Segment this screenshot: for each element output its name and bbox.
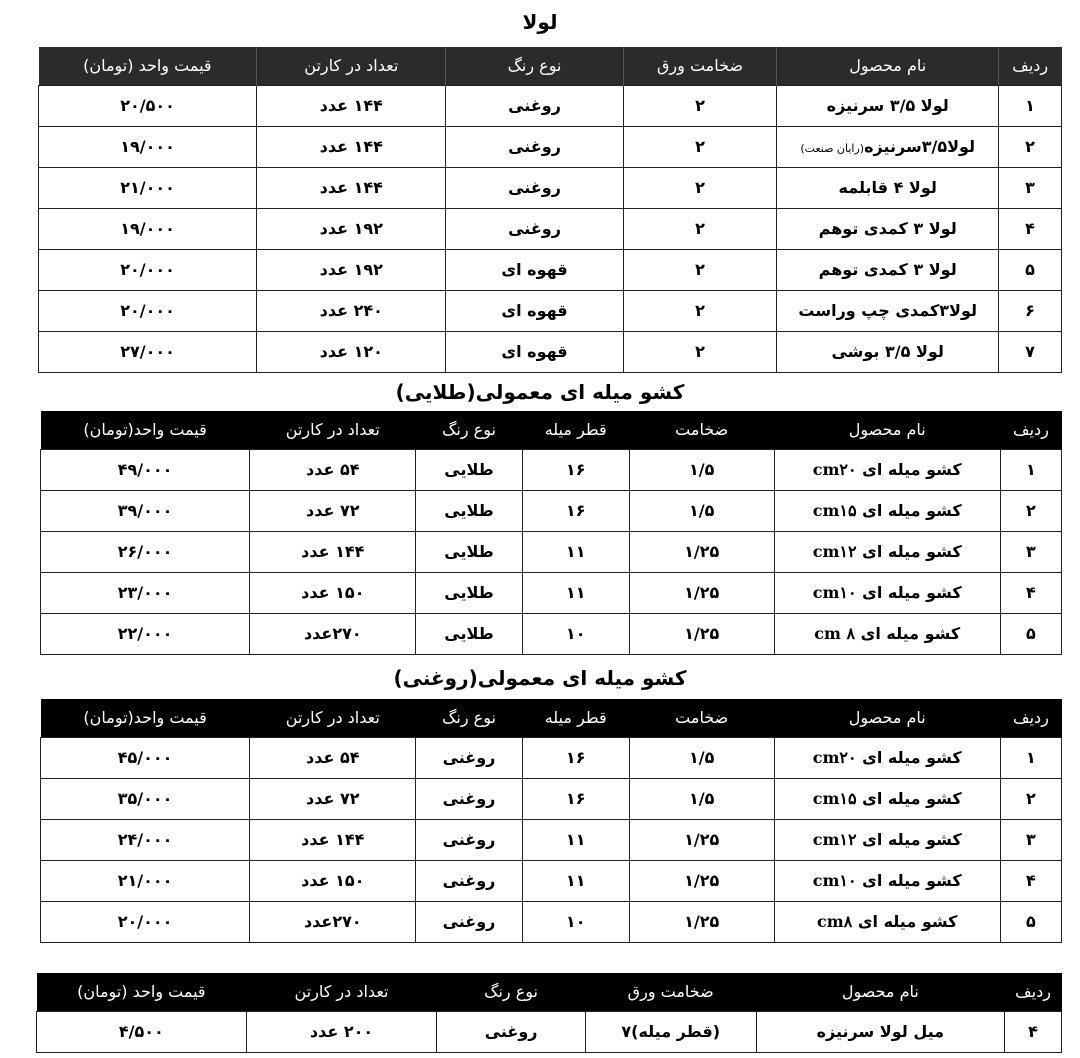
cell-product-name: کشو میله ای cm۱۰: [774, 860, 1000, 901]
cell-paint-type: روغنی: [446, 167, 623, 208]
col-header-thickness: ضخامت: [629, 699, 774, 737]
cell-product-name: کشو میله ای cm۱۰: [774, 572, 1000, 613]
cell-unit-price: ۲۱/۰۰۰: [41, 860, 250, 901]
col-header-product-name: نام محصول: [777, 47, 998, 85]
product-name-text: کشو میله ای: [857, 789, 962, 808]
product-name-text: کشو میله ای: [857, 542, 962, 561]
table-row: ۵ لولا ۳ کمدی توهم ۲ قهوه ای ۱۹۲ عدد ۲۰/…: [39, 249, 1062, 290]
cell-unit-price: ۲۰/۰۰۰: [39, 290, 257, 331]
cell-carton-count: ۱۴۴ عدد: [257, 85, 446, 126]
cell-thickness: ۲: [623, 249, 777, 290]
col-header-paint-type: نوع رنگ: [416, 699, 522, 737]
table-header-row: ردیف نام محصول ضخامت قطر میله نوع رنگ تع…: [41, 699, 1062, 737]
section-title-drawer-rails-oil: کشو میله ای معمولی(روغنی): [0, 664, 1080, 692]
cell-row-number: ۲: [1000, 490, 1061, 531]
cell-unit-price: ۴۹/۰۰۰: [41, 449, 250, 490]
cell-rod-diameter: ۱۱: [522, 531, 629, 572]
cell-unit-price: ۱۹/۰۰۰: [39, 126, 257, 167]
cell-thickness: ۲: [623, 85, 777, 126]
table-row: ۲ کشو میله ای cm۱۵ ۱/۵ ۱۶ طلایی ۷۲ عدد ۳…: [41, 490, 1062, 531]
cell-row-number: ۳: [1000, 531, 1061, 572]
cell-row-number: ۱: [1000, 737, 1061, 778]
table-row: ۴ کشو میله ای cm۱۰ ۱/۲۵ ۱۱ طلایی ۱۵۰ عدد…: [41, 572, 1062, 613]
col-header-unit-price: قیمت واحد (تومان): [37, 973, 247, 1011]
cell-paint-type: روغنی: [437, 1011, 586, 1052]
cell-carton-count: ۱۹۲ عدد: [257, 208, 446, 249]
cell-row-number: ۱: [1000, 449, 1061, 490]
cell-unit-price: ۲۰/۰۰۰: [39, 249, 257, 290]
cell-paint-type: قهوه ای: [446, 249, 623, 290]
col-header-unit-price: قیمت واحد(تومان): [41, 699, 250, 737]
col-header-carton-count: تعداد در کارتن: [250, 699, 416, 737]
cell-thickness: ۱/۵: [629, 449, 774, 490]
cell-rod-diameter: ۱۰: [522, 901, 629, 942]
cell-unit-price: ۴۵/۰۰۰: [41, 737, 250, 778]
col-header-row-number: ردیف: [1005, 973, 1062, 1011]
cell-thickness: ۲: [623, 167, 777, 208]
cell-paint-type: طلایی: [416, 531, 522, 572]
col-header-row-number: ردیف: [998, 47, 1061, 85]
col-header-paint-type: نوع رنگ: [416, 411, 522, 449]
cell-rod-diameter: ۱۱: [522, 860, 629, 901]
table-row: ۴ میل لولا سرنیزه (قطر میله)۷ روغنی ۲۰۰ …: [37, 1011, 1062, 1052]
col-header-rod-diameter: قطر میله: [522, 699, 629, 737]
product-size: cm ۸: [814, 624, 855, 643]
product-name-text: کشو میله ای: [852, 912, 957, 931]
cell-paint-type: طلایی: [416, 449, 522, 490]
hinge-pin-table: ردیف نام محصول ضخامت ورق نوع رنگ تعداد د…: [36, 973, 1062, 1053]
cell-unit-price: ۳۹/۰۰۰: [41, 490, 250, 531]
cell-paint-type: روغنی: [446, 85, 623, 126]
col-header-rod-diameter: قطر میله: [522, 411, 629, 449]
cell-carton-count: ۱۹۲ عدد: [257, 249, 446, 290]
cell-paint-type: قهوه ای: [446, 290, 623, 331]
cell-row-number: ۵: [1000, 901, 1061, 942]
table-row: ۲ کشو میله ای cm۱۵ ۱/۵ ۱۶ روغنی ۷۲ عدد ۳…: [41, 778, 1062, 819]
col-header-carton-count: تعداد در کارتن: [250, 411, 416, 449]
cell-thickness: (قطر میله)۷: [585, 1011, 756, 1052]
cell-product-name: کشو میله ای cm۱۲: [774, 819, 1000, 860]
cell-product-name: لولا ۴ قابلمه: [777, 167, 998, 208]
cell-paint-type: روغنی: [416, 819, 522, 860]
col-header-carton-count: تعداد در کارتن: [257, 47, 446, 85]
cell-carton-count: ۲۷۰عدد: [250, 613, 416, 654]
product-name-text: کشو میله ای: [855, 624, 960, 643]
cell-carton-count: ۱۵۰ عدد: [250, 572, 416, 613]
cell-thickness: ۲: [623, 208, 777, 249]
cell-unit-price: ۲۰/۰۰۰: [41, 901, 250, 942]
cell-carton-count: ۲۷۰عدد: [250, 901, 416, 942]
col-header-product-name: نام محصول: [774, 411, 1000, 449]
cell-thickness: ۲: [623, 290, 777, 331]
product-name-text: کشو میله ای: [857, 460, 962, 479]
col-header-carton-count: تعداد در کارتن: [246, 973, 437, 1011]
cell-rod-diameter: ۱۶: [522, 737, 629, 778]
cell-carton-count: ۵۴ عدد: [250, 449, 416, 490]
cell-row-number: ۷: [998, 331, 1061, 372]
cell-unit-price: ۲۶/۰۰۰: [41, 531, 250, 572]
cell-carton-count: ۷۲ عدد: [250, 778, 416, 819]
cell-thickness: ۱/۲۵: [629, 572, 774, 613]
cell-thickness: ۱/۲۵: [629, 901, 774, 942]
table-row: ۵ کشو میله ای cm۸ ۱/۲۵ ۱۰ روغنی ۲۷۰عدد ۲…: [41, 901, 1062, 942]
table-header-row: ردیف نام محصول ضخامت ورق نوع رنگ تعداد د…: [37, 973, 1062, 1011]
cell-carton-count: ۱۴۴ عدد: [250, 531, 416, 572]
cell-row-number: ۴: [998, 208, 1061, 249]
product-size: cm۱۰: [813, 583, 857, 602]
col-header-row-number: ردیف: [1000, 411, 1061, 449]
drawer-rails-oil-table: ردیف نام محصول ضخامت قطر میله نوع رنگ تع…: [40, 699, 1062, 943]
cell-product-name: کشو میله ای cm۱۵: [774, 778, 1000, 819]
cell-carton-count: ۱۵۰ عدد: [250, 860, 416, 901]
cell-carton-count: ۱۴۴ عدد: [250, 819, 416, 860]
cell-rod-diameter: ۱۶: [522, 490, 629, 531]
cell-row-number: ۲: [998, 126, 1061, 167]
product-name-text: کشو میله ای: [857, 871, 962, 890]
cell-product-name: لولا ۳ کمدی توهم: [777, 208, 998, 249]
product-size: cm۱۰: [813, 871, 857, 890]
product-name-text: لولا۳/۵سرنیزه: [864, 137, 975, 156]
cell-unit-price: ۱۹/۰۰۰: [39, 208, 257, 249]
cell-row-number: ۴: [1000, 572, 1061, 613]
cell-row-number: ۵: [998, 249, 1061, 290]
col-header-unit-price: قیمت واحد (تومان): [39, 47, 257, 85]
product-name-text: کشو میله ای: [857, 583, 962, 602]
cell-product-name: لولا۳کمدی چپ وراست: [777, 290, 998, 331]
cell-thickness: ۱/۵: [629, 737, 774, 778]
cell-paint-type: روغنی: [446, 208, 623, 249]
cell-paint-type: طلایی: [416, 572, 522, 613]
cell-unit-price: ۴/۵۰۰: [37, 1011, 247, 1052]
col-header-product-name: نام محصول: [756, 973, 1005, 1011]
table-row: ۶ لولا۳کمدی چپ وراست ۲ قهوه ای ۲۴۰ عدد ۲…: [39, 290, 1062, 331]
product-size: cm۱۵: [813, 789, 857, 808]
cell-product-name: لولا ۳/۵ سرنیزه: [777, 85, 998, 126]
cell-paint-type: روغنی: [416, 901, 522, 942]
cell-unit-price: ۲۴/۰۰۰: [41, 819, 250, 860]
cell-row-number: ۳: [998, 167, 1061, 208]
cell-product-name: کشو میله ای cm۸: [774, 901, 1000, 942]
table-row: ۱ کشو میله ای cm۲۰ ۱/۵ ۱۶ طلایی ۵۴ عدد ۴…: [41, 449, 1062, 490]
cell-product-name: کشو میله ای cm۱۵: [774, 490, 1000, 531]
table-row: ۳ کشو میله ای cm۱۲ ۱/۲۵ ۱۱ طلایی ۱۴۴ عدد…: [41, 531, 1062, 572]
cell-carton-count: ۲۴۰ عدد: [257, 290, 446, 331]
table-header-row: ردیف نام محصول ضخامت ورق نوع رنگ تعداد د…: [39, 47, 1062, 85]
product-size: cm۱۲: [813, 830, 857, 849]
cell-product-name: کشو میله ای cm۲۰: [774, 737, 1000, 778]
product-size: cm۸: [817, 912, 852, 931]
cell-rod-diameter: ۱۱: [522, 819, 629, 860]
product-size: cm۱۲: [813, 542, 857, 561]
table-row: ۵ کشو میله ای cm ۸ ۱/۲۵ ۱۰ طلایی ۲۷۰عدد …: [41, 613, 1062, 654]
cell-product-name: میل لولا سرنیزه: [756, 1011, 1005, 1052]
cell-product-name: کشو میله ای cm ۸: [774, 613, 1000, 654]
col-header-thickness: ضخامت: [629, 411, 774, 449]
cell-thickness: ۲: [623, 126, 777, 167]
manufacturer-note: (رایان صنعت): [800, 142, 864, 155]
cell-thickness: ۱/۲۵: [629, 860, 774, 901]
col-header-unit-price: قیمت واحد(تومان): [41, 411, 250, 449]
cell-paint-type: قهوه ای: [446, 331, 623, 372]
table-header-row: ردیف نام محصول ضخامت قطر میله نوع رنگ تع…: [41, 411, 1062, 449]
col-header-paint-type: نوع رنگ: [446, 47, 623, 85]
table-row: ۱ لولا ۳/۵ سرنیزه ۲ روغنی ۱۴۴ عدد ۲۰/۵۰۰: [39, 85, 1062, 126]
cell-row-number: ۴: [1000, 860, 1061, 901]
product-size: cm۱۵: [813, 501, 857, 520]
table-row: ۴ کشو میله ای cm۱۰ ۱/۲۵ ۱۱ روغنی ۱۵۰ عدد…: [41, 860, 1062, 901]
cell-thickness: ۱/۵: [629, 778, 774, 819]
cell-unit-price: ۲۰/۵۰۰: [39, 85, 257, 126]
cell-rod-diameter: ۱۱: [522, 572, 629, 613]
section-title-hinges: لولا: [0, 8, 1080, 36]
cell-carton-count: ۱۴۴ عدد: [257, 167, 446, 208]
cell-rod-diameter: ۱۶: [522, 778, 629, 819]
cell-product-name: کشو میله ای cm۲۰: [774, 449, 1000, 490]
table-row: ۱ کشو میله ای cm۲۰ ۱/۵ ۱۶ روغنی ۵۴ عدد ۴…: [41, 737, 1062, 778]
product-size: cm۲۰: [813, 460, 857, 479]
cell-thickness: ۱/۲۵: [629, 613, 774, 654]
cell-paint-type: روغنی: [416, 860, 522, 901]
cell-paint-type: روغنی: [446, 126, 623, 167]
product-size: cm۲۰: [813, 748, 857, 767]
cell-row-number: ۱: [998, 85, 1061, 126]
product-name-text: کشو میله ای: [857, 501, 962, 520]
cell-thickness: ۲: [623, 331, 777, 372]
cell-row-number: ۵: [1000, 613, 1061, 654]
cell-rod-diameter: ۱۰: [522, 613, 629, 654]
cell-product-name: کشو میله ای cm۱۲: [774, 531, 1000, 572]
cell-unit-price: ۲۳/۰۰۰: [41, 572, 250, 613]
product-name-text: کشو میله ای: [857, 748, 962, 767]
cell-product-name: لولا ۳/۵ بوشی: [777, 331, 998, 372]
product-name-text: کشو میله ای: [857, 830, 962, 849]
cell-row-number: ۴: [1005, 1011, 1062, 1052]
col-header-paint-type: نوع رنگ: [437, 973, 586, 1011]
col-header-sheet-thickness: ضخامت ورق: [585, 973, 756, 1011]
cell-unit-price: ۲۷/۰۰۰: [39, 331, 257, 372]
cell-paint-type: طلایی: [416, 613, 522, 654]
cell-thickness: ۱/۲۵: [629, 531, 774, 572]
cell-rod-diameter: ۱۶: [522, 449, 629, 490]
table-row: ۲ لولا۳/۵سرنیزه(رایان صنعت) ۲ روغنی ۱۴۴ …: [39, 126, 1062, 167]
cell-paint-type: روغنی: [416, 737, 522, 778]
cell-row-number: ۳: [1000, 819, 1061, 860]
cell-row-number: ۶: [998, 290, 1061, 331]
col-header-product-name: نام محصول: [774, 699, 1000, 737]
cell-carton-count: ۵۴ عدد: [250, 737, 416, 778]
cell-carton-count: ۱۴۴ عدد: [257, 126, 446, 167]
table-row: ۳ لولا ۴ قابلمه ۲ روغنی ۱۴۴ عدد ۲۱/۰۰۰: [39, 167, 1062, 208]
table-row: ۳ کشو میله ای cm۱۲ ۱/۲۵ ۱۱ روغنی ۱۴۴ عدد…: [41, 819, 1062, 860]
cell-carton-count: ۷۲ عدد: [250, 490, 416, 531]
cell-product-name: لولا ۳ کمدی توهم: [777, 249, 998, 290]
cell-paint-type: روغنی: [416, 778, 522, 819]
cell-unit-price: ۲۲/۰۰۰: [41, 613, 250, 654]
cell-thickness: ۱/۵: [629, 490, 774, 531]
cell-product-name: لولا۳/۵سرنیزه(رایان صنعت): [777, 126, 998, 167]
cell-carton-count: ۱۲۰ عدد: [257, 331, 446, 372]
cell-unit-price: ۲۱/۰۰۰: [39, 167, 257, 208]
section-title-drawer-rails-gold: کشو میله ای معمولی(طلایی): [0, 378, 1080, 406]
cell-row-number: ۲: [1000, 778, 1061, 819]
cell-carton-count: ۲۰۰ عدد: [246, 1011, 437, 1052]
cell-unit-price: ۳۵/۰۰۰: [41, 778, 250, 819]
cell-paint-type: طلایی: [416, 490, 522, 531]
cell-thickness: ۱/۲۵: [629, 819, 774, 860]
col-header-row-number: ردیف: [1000, 699, 1061, 737]
hinges-table: ردیف نام محصول ضخامت ورق نوع رنگ تعداد د…: [38, 47, 1062, 373]
table-row: ۷ لولا ۳/۵ بوشی ۲ قهوه ای ۱۲۰ عدد ۲۷/۰۰۰: [39, 331, 1062, 372]
drawer-rails-gold-table: ردیف نام محصول ضخامت قطر میله نوع رنگ تع…: [40, 411, 1062, 655]
table-row: ۴ لولا ۳ کمدی توهم ۲ روغنی ۱۹۲ عدد ۱۹/۰۰…: [39, 208, 1062, 249]
col-header-sheet-thickness: ضخامت ورق: [623, 47, 777, 85]
